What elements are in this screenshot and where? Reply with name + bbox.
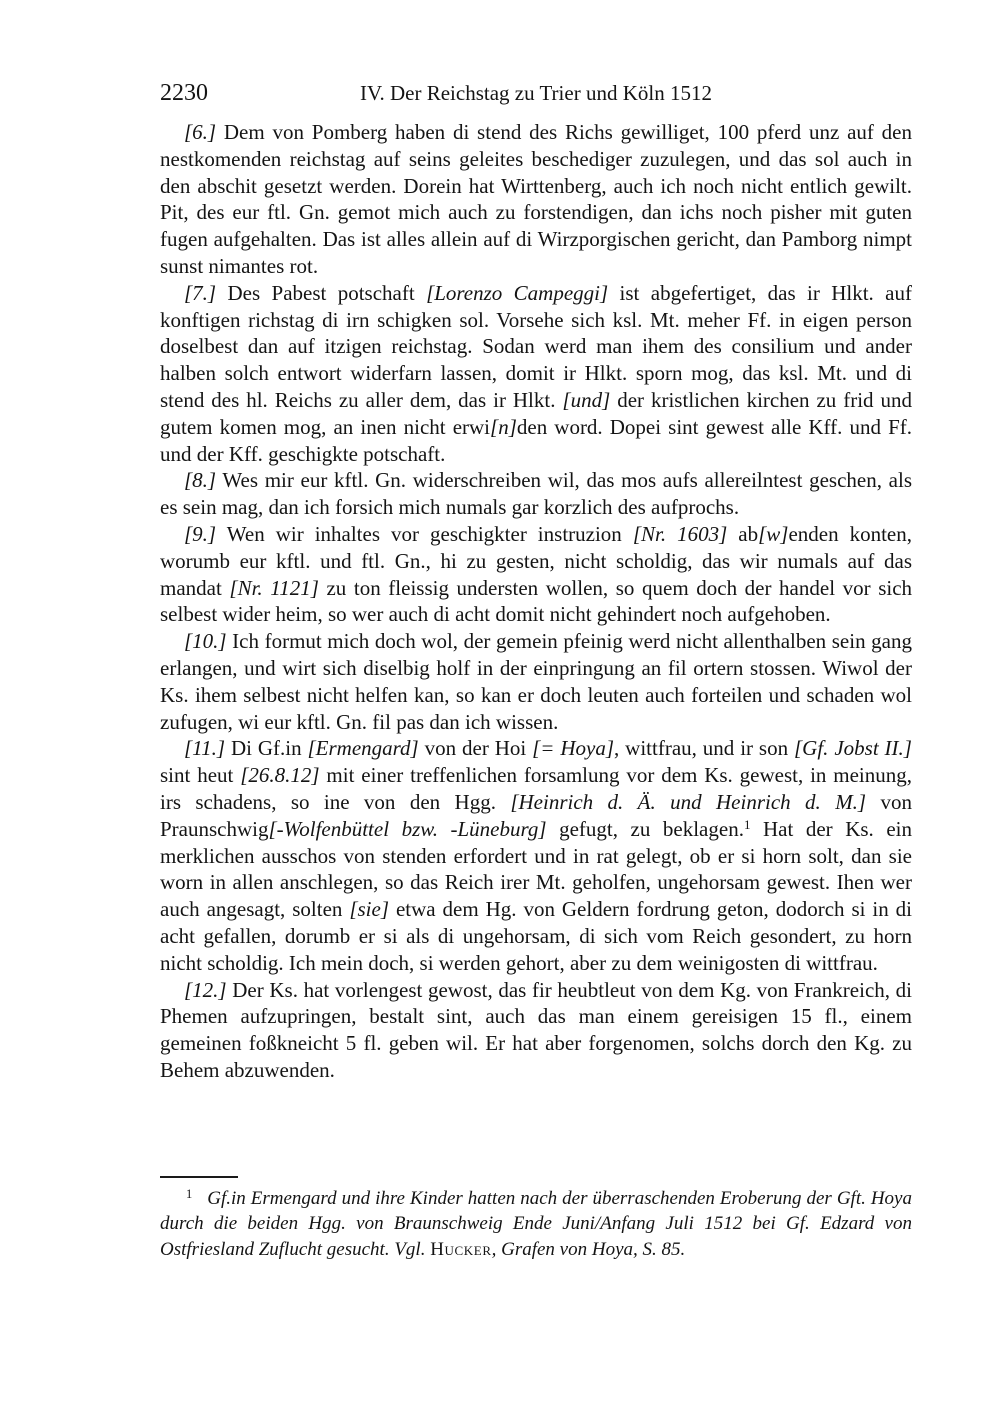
text-run: [8.]: [184, 468, 216, 492]
text-run: Ich formut mich doch wol, der gemein pfe…: [160, 629, 912, 733]
text-run: [sie]: [349, 897, 389, 921]
text-run: , Grafen von Hoya, S. 85.: [492, 1239, 686, 1260]
text-run: sint heut: [160, 763, 240, 787]
body-paragraph: [7.] Des Pabest potschaft [Lorenzo Campe…: [160, 280, 912, 468]
footnote-text: 1Gf.in Ermengard und ihre Kinder hatten …: [160, 1186, 912, 1262]
page-header: 2230 IV. Der Reichstag zu Trier und Köln…: [160, 80, 912, 107]
text-run: gefugt, zu beklagen.: [547, 817, 744, 841]
document-page: 2230 IV. Der Reichstag zu Trier und Köln…: [0, 0, 1004, 1418]
page-number: 2230: [160, 80, 208, 107]
text-run: von der Hoi: [419, 736, 532, 760]
body-paragraphs: [6.] Dem von Pomberg haben di stend des …: [160, 119, 912, 1084]
text-run: [7.]: [184, 281, 216, 305]
footnote-marker: 1: [186, 1187, 192, 1201]
text-run: Wes mir eur kftl. Gn. widerschreiben wil…: [160, 468, 912, 519]
body-paragraph: [8.] Wes mir eur kftl. Gn. widerschreibe…: [160, 467, 912, 521]
text-run: [9.]: [184, 522, 216, 546]
text-run: [6.]: [184, 120, 216, 144]
footnote-block: 1Gf.in Ermengard und ihre Kinder hatten …: [160, 1176, 912, 1262]
footnote-separator: [160, 1176, 238, 1178]
text-run: [12.]: [184, 978, 227, 1002]
text-run: [und]: [562, 388, 610, 412]
text-run: Des Pabest potschaft: [216, 281, 426, 305]
text-run: [10.]: [184, 629, 227, 653]
text-run: [26.8.12]: [240, 763, 319, 787]
text-run: [Nr. 1121]: [229, 576, 318, 600]
text-run: [Nr. 1603]: [633, 522, 727, 546]
text-block: 2230 IV. Der Reichstag zu Trier und Köln…: [160, 80, 912, 1084]
text-run: [-Wolfenbüttel bzw. -Lüneburg]: [269, 817, 547, 841]
text-run: ab: [727, 522, 758, 546]
text-run: [Gf. Jobst II.]: [794, 736, 912, 760]
text-run: Di Gf.in: [225, 736, 307, 760]
text-run: [Heinrich d. Ä. und Heinrich d. M.]: [510, 790, 866, 814]
body-paragraph: [12.] Der Ks. hat vorlengest gewost, das…: [160, 977, 912, 1084]
text-run: [w]: [758, 522, 788, 546]
text-run: [= Hoya]: [532, 736, 614, 760]
text-run: [n]: [490, 415, 517, 439]
text-run: , wittfrau, und ir son: [614, 736, 794, 760]
text-run: Wen wir inhaltes vor geschigkter instruz…: [216, 522, 633, 546]
text-run: Dem von Pomberg haben di stend des Richs…: [160, 120, 912, 278]
body-paragraph: [11.] Di Gf.in [Ermengard] von der Hoi […: [160, 735, 912, 976]
running-title: IV. Der Reichstag zu Trier und Köln 1512: [160, 80, 912, 107]
text-run: Der Ks. hat vorlengest gewost, das fir h…: [160, 978, 912, 1082]
body-paragraph: [6.] Dem von Pomberg haben di stend des …: [160, 119, 912, 280]
text-run: [Lorenzo Campeggi]: [426, 281, 608, 305]
body-paragraph: [10.] Ich formut mich doch wol, der geme…: [160, 628, 912, 735]
text-run: [Ermengard]: [307, 736, 418, 760]
body-paragraph: [9.] Wen wir inhaltes vor geschigkter in…: [160, 521, 912, 628]
text-run: Hucker: [430, 1239, 491, 1260]
text-run: [11.]: [184, 736, 225, 760]
